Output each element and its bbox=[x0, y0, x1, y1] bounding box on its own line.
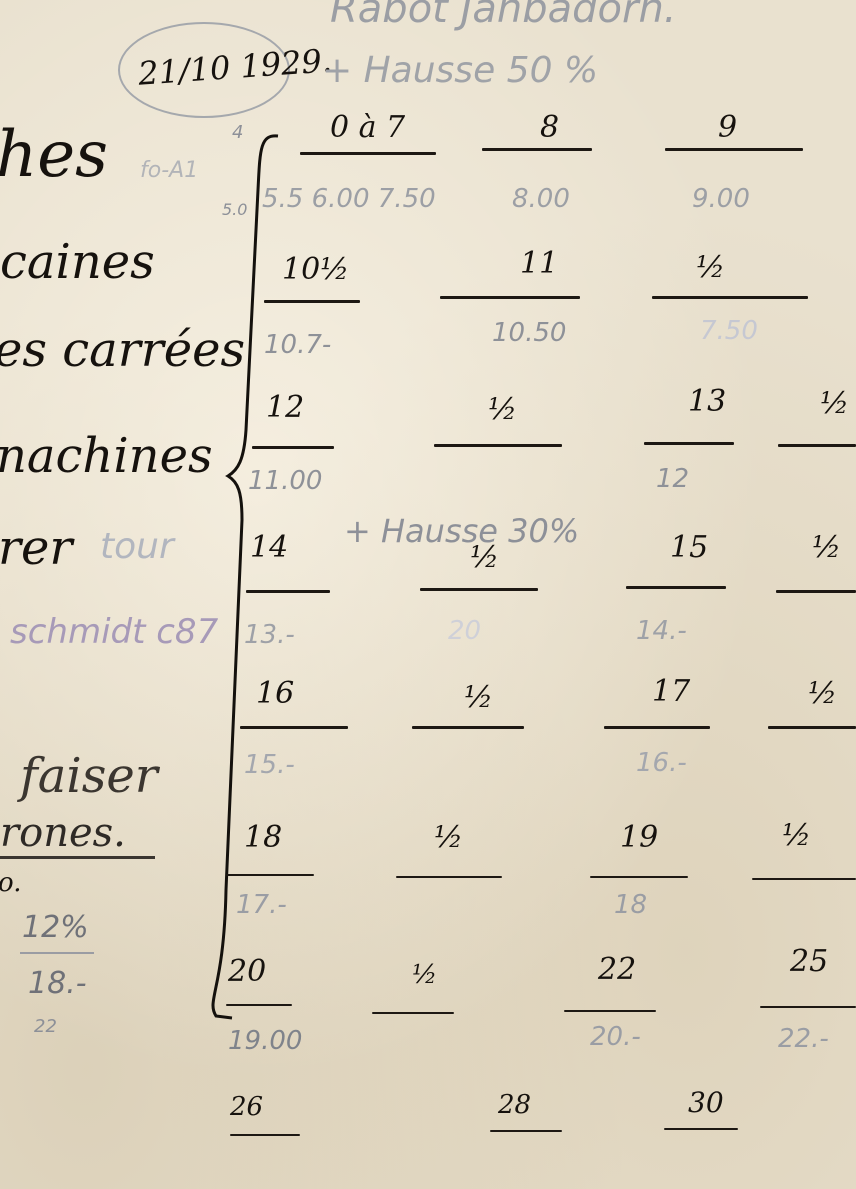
rule bbox=[644, 442, 734, 445]
left-pencil-2: 18.- bbox=[28, 966, 87, 1001]
label-hes: hes bbox=[0, 118, 108, 192]
pencil-r1-c1: 10.50 bbox=[492, 318, 566, 348]
cell-r2-c3: ½ bbox=[820, 386, 849, 421]
cell-r1-c2: ½ bbox=[696, 250, 725, 285]
rule bbox=[590, 876, 688, 878]
cell-r4-c0: 16 bbox=[256, 676, 294, 711]
pencil-r4-c0: 15.- bbox=[244, 750, 295, 780]
pencil-r0-c0: 5.5 6.00 7.50 bbox=[262, 184, 436, 214]
pencil-r5-c2: 18 bbox=[614, 890, 647, 920]
rule bbox=[246, 590, 330, 593]
rule bbox=[760, 1006, 856, 1008]
rule bbox=[665, 148, 803, 151]
faint-note-tour: tour bbox=[100, 526, 174, 567]
rule bbox=[776, 590, 856, 593]
rule bbox=[664, 1128, 738, 1130]
cell-r4-c3: ½ bbox=[808, 676, 837, 711]
rule bbox=[604, 726, 710, 729]
cell-r3-c2: 15 bbox=[670, 530, 708, 565]
rule bbox=[564, 1010, 656, 1012]
cell-r5-c2: 19 bbox=[620, 820, 658, 855]
pencil-r6-c0: 19.00 bbox=[228, 1026, 302, 1056]
pencil-r3-c1: 20 bbox=[448, 616, 481, 646]
cell-r3-c1: ½ bbox=[470, 540, 499, 575]
cell-r1-c1: 11 bbox=[520, 246, 558, 281]
left-pencil-1: 12% bbox=[22, 910, 89, 945]
label-caines: caines bbox=[0, 234, 155, 290]
surcharge-note: + Hausse 50 % bbox=[322, 50, 598, 91]
label-nachines: nachines bbox=[0, 428, 213, 484]
cell-r7-c2: 30 bbox=[688, 1086, 724, 1119]
cell-r7-c0: 26 bbox=[230, 1092, 263, 1122]
pencil-r1-c0: 10.7- bbox=[264, 330, 331, 360]
cell-r5-c0: 18 bbox=[244, 820, 282, 855]
pencil-r1-c2: 7.50 bbox=[700, 316, 758, 346]
rule bbox=[626, 586, 726, 589]
label-rer: rer bbox=[0, 520, 72, 576]
cell-r6-c0: 20 bbox=[228, 954, 266, 989]
pencil-r6-c2: 20.- bbox=[590, 1022, 641, 1052]
rule bbox=[264, 300, 360, 303]
cell-r6-c1: ½ bbox=[412, 960, 437, 990]
cell-r1-c0: 10½ bbox=[282, 252, 349, 287]
rule bbox=[240, 726, 348, 729]
surcharge-30-note: + Hausse 30% bbox=[344, 512, 579, 550]
cell-r2-c1: ½ bbox=[488, 392, 517, 427]
pencil-r3-c2: 14.- bbox=[636, 616, 687, 646]
pencil-r0-c2: 9.00 bbox=[692, 184, 750, 214]
rule bbox=[482, 148, 592, 151]
label-rones: rones. bbox=[0, 810, 126, 856]
rule bbox=[768, 726, 856, 729]
cell-r2-c0: 12 bbox=[266, 390, 304, 425]
cell-r2-c2: 13 bbox=[688, 384, 726, 419]
rule bbox=[226, 874, 314, 876]
rule bbox=[300, 152, 436, 155]
cell-r5-c1: ½ bbox=[434, 820, 463, 855]
pencil-r4-c2: 16.- bbox=[636, 748, 687, 778]
pencil-r2-c2: 12 bbox=[656, 464, 689, 494]
cell-r0-c1: 8 bbox=[540, 110, 559, 145]
rule bbox=[372, 1012, 454, 1014]
rule bbox=[226, 1004, 292, 1006]
cell-r4-c2: 17 bbox=[652, 674, 690, 709]
cell-r6-c2: 22 bbox=[598, 952, 636, 987]
rule bbox=[420, 588, 538, 591]
pencil-r2-c0: 11.00 bbox=[248, 466, 322, 496]
rule bbox=[412, 726, 524, 729]
rule bbox=[434, 444, 562, 447]
left-pencil-rule bbox=[20, 952, 94, 954]
cell-r0-c0: 0 à 7 bbox=[330, 110, 405, 145]
cell-r4-c1: ½ bbox=[464, 680, 493, 715]
pencil-r6-c3: 22.- bbox=[778, 1024, 829, 1054]
pencil-r0-c1: 8.00 bbox=[512, 184, 570, 214]
rule bbox=[652, 296, 808, 299]
pencil-r5-c0: 17.- bbox=[236, 890, 287, 920]
label-faiser: faiser bbox=[20, 748, 158, 804]
label-o: o. bbox=[0, 868, 21, 898]
rule bbox=[230, 1134, 300, 1136]
rule bbox=[490, 1130, 562, 1132]
cell-r6-c3: 25 bbox=[790, 944, 828, 979]
left-pencil-3: 22 bbox=[34, 1016, 57, 1037]
cell-r0-c2: 9 bbox=[718, 110, 737, 145]
cell-r7-c1: 28 bbox=[498, 1090, 531, 1120]
side-note-fo: fo-A1 bbox=[140, 158, 198, 183]
pencil-r3-c0: 13.- bbox=[244, 620, 295, 650]
cell-r5-c3: ½ bbox=[782, 818, 811, 853]
cell-r3-c3: ½ bbox=[812, 530, 841, 565]
rule bbox=[778, 444, 856, 447]
rule bbox=[252, 446, 334, 449]
rule bbox=[440, 296, 580, 299]
rule bbox=[396, 876, 502, 878]
top-pencil-note: Rabot Janbadorn. bbox=[330, 0, 677, 32]
cell-r3-c0: 14 bbox=[250, 530, 288, 565]
rule bbox=[752, 878, 856, 880]
label-underline bbox=[0, 856, 155, 859]
faint-note-violet: schmidt c87 bbox=[10, 612, 218, 652]
